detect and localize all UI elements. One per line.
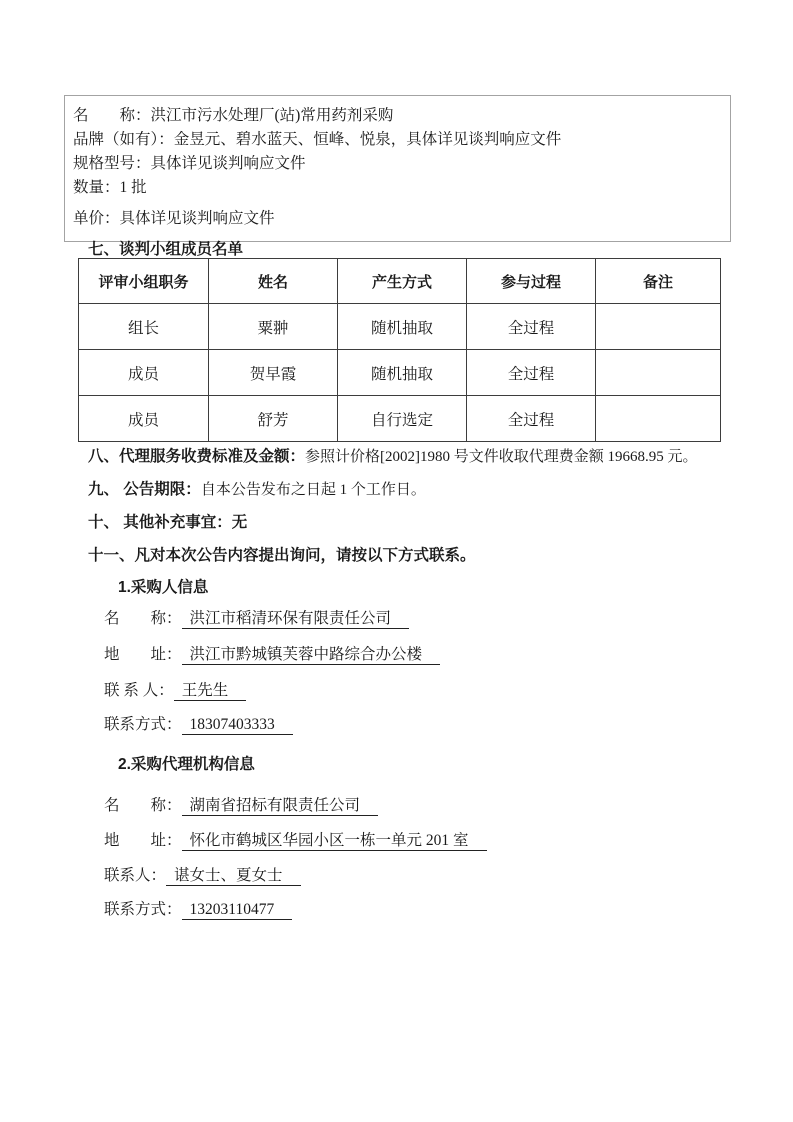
header-participation: 参与过程 xyxy=(467,259,596,304)
cell-remark xyxy=(596,350,721,396)
header-method: 产生方式 xyxy=(338,259,467,304)
cell-method: 随机抽取 xyxy=(338,350,467,396)
cell-role: 成员 xyxy=(79,350,209,396)
section8-text: 参照计价格[2002]1980 号文件收取代理费金额 19668.95 元。 xyxy=(305,449,698,465)
item-quantity-row: 数量：1 批 xyxy=(73,176,720,200)
agency-address-field: 地 址：怀化市鹤城区华园小区一栋一单元 201 室 xyxy=(104,828,487,850)
cell-remark xyxy=(596,304,721,350)
buyer-address-label: 地 址： xyxy=(104,646,182,663)
agency-name-field: 名 称：湖南省招标有限责任公司 xyxy=(104,793,378,815)
section8-label: 八、代理服务收费标准及金额： xyxy=(88,448,305,465)
agency-contact-label: 联系人： xyxy=(104,867,166,884)
item-spec-value: 具体详见谈判响应文件 xyxy=(151,155,306,172)
item-name-label: 名 称： xyxy=(73,107,151,124)
table-row: 成员 舒芳 自行选定 全过程 xyxy=(79,396,721,442)
cell-participation: 全过程 xyxy=(467,304,596,350)
item-spec-label: 规格型号： xyxy=(73,155,151,172)
item-brand-label: 品牌（如有）： xyxy=(73,131,174,148)
agency-phone-value: 13203110477 xyxy=(182,901,293,920)
cell-participation: 全过程 xyxy=(467,396,596,442)
header-remark: 备注 xyxy=(596,259,721,304)
cell-participation: 全过程 xyxy=(467,350,596,396)
committee-table: 评审小组职务 姓名 产生方式 参与过程 备注 组长 粟翀 随机抽取 全过程 成员… xyxy=(78,258,721,442)
section10-label: 十、 其他补充事宜：无 xyxy=(88,514,247,531)
cell-method: 自行选定 xyxy=(338,396,467,442)
item-quantity-value: 1 批 xyxy=(120,179,147,196)
item-name-value: 洪江市污水处理厂(站)常用药剂采购 xyxy=(151,107,394,124)
cell-method: 随机抽取 xyxy=(338,304,467,350)
agency-phone-label: 联系方式： xyxy=(104,901,182,918)
buyer-phone-label: 联系方式： xyxy=(104,716,182,733)
agency-name-label: 名 称： xyxy=(104,797,182,814)
buyer-contact-label: 联 系 人： xyxy=(104,682,174,699)
header-name: 姓名 xyxy=(209,259,338,304)
agency-contact-field: 联系人：谌女士、夏女士 xyxy=(104,863,301,885)
document-page: 名 称：洪江市污水处理厂(站)常用药剂采购 品牌（如有）：金昱元、碧水蓝天、恒峰… xyxy=(0,0,793,1122)
section11-label: 十一、凡对本次公告内容提出询问，请按以下方式联系。 xyxy=(88,547,476,564)
item-info-box: 名 称：洪江市污水处理厂(站)常用药剂采购 品牌（如有）：金昱元、碧水蓝天、恒峰… xyxy=(64,95,731,242)
agency-info-heading: 2.采购代理机构信息 xyxy=(118,752,255,774)
cell-name: 贺早霞 xyxy=(209,350,338,396)
cell-role: 成员 xyxy=(79,396,209,442)
agency-name-value: 湖南省招标有限责任公司 xyxy=(182,797,379,816)
item-quantity-label: 数量： xyxy=(73,179,120,196)
section11-paragraph: 十一、凡对本次公告内容提出询问，请按以下方式联系。 xyxy=(88,546,476,566)
section10-paragraph: 十、 其他补充事宜：无 xyxy=(88,513,247,533)
buyer-phone-field: 联系方式：18307403333 xyxy=(104,712,293,734)
agency-address-value: 怀化市鹤城区华园小区一栋一单元 201 室 xyxy=(182,832,487,851)
buyer-phone-value: 18307403333 xyxy=(182,716,293,735)
agency-contact-value: 谌女士、夏女士 xyxy=(166,867,301,886)
header-role: 评审小组职务 xyxy=(79,259,209,304)
item-price-value: 具体详见谈判响应文件 xyxy=(120,210,275,227)
cell-name: 粟翀 xyxy=(209,304,338,350)
cell-role: 组长 xyxy=(79,304,209,350)
buyer-info-heading: 1.采购人信息 xyxy=(118,575,208,597)
section9-paragraph: 九、 公告期限：自本公告发布之日起 1 个工作日。 xyxy=(88,480,426,500)
table-header-row: 评审小组职务 姓名 产生方式 参与过程 备注 xyxy=(79,259,721,304)
buyer-address-field: 地 址：洪江市黔城镇芙蓉中路综合办公楼 xyxy=(104,642,440,664)
cell-remark xyxy=(596,396,721,442)
buyer-name-value: 洪江市稻清环保有限责任公司 xyxy=(182,610,410,629)
table-row: 组长 粟翀 随机抽取 全过程 xyxy=(79,304,721,350)
agency-phone-field: 联系方式：13203110477 xyxy=(104,897,292,919)
section9-label: 九、 公告期限： xyxy=(88,481,201,498)
buyer-contact-field: 联 系 人：王先生 xyxy=(104,678,246,700)
table-row: 成员 贺早霞 随机抽取 全过程 xyxy=(79,350,721,396)
section9-text: 自本公告发布之日起 1 个工作日。 xyxy=(201,482,426,498)
item-price-row: 单价：具体详见谈判响应文件 xyxy=(73,207,720,231)
item-brand-row: 品牌（如有）：金昱元、碧水蓝天、恒峰、悦泉，具体详见谈判响应文件 xyxy=(73,128,720,152)
item-name-row: 名 称：洪江市污水处理厂(站)常用药剂采购 xyxy=(73,104,720,128)
item-spec-row: 规格型号：具体详见谈判响应文件 xyxy=(73,152,720,176)
agency-address-label: 地 址： xyxy=(104,832,182,849)
item-brand-value: 金昱元、碧水蓝天、恒峰、悦泉，具体详见谈判响应文件 xyxy=(174,131,562,148)
buyer-name-field: 名 称：洪江市稻清环保有限责任公司 xyxy=(104,606,409,628)
cell-name: 舒芳 xyxy=(209,396,338,442)
section7-heading: 七、谈判小组成员名单 xyxy=(88,237,243,259)
buyer-address-value: 洪江市黔城镇芙蓉中路综合办公楼 xyxy=(182,646,441,665)
buyer-name-label: 名 称： xyxy=(104,610,182,627)
buyer-contact-value: 王先生 xyxy=(174,682,247,701)
section8-paragraph: 八、代理服务收费标准及金额：参照计价格[2002]1980 号文件收取代理费金额… xyxy=(88,447,698,467)
item-price-label: 单价： xyxy=(73,210,120,227)
